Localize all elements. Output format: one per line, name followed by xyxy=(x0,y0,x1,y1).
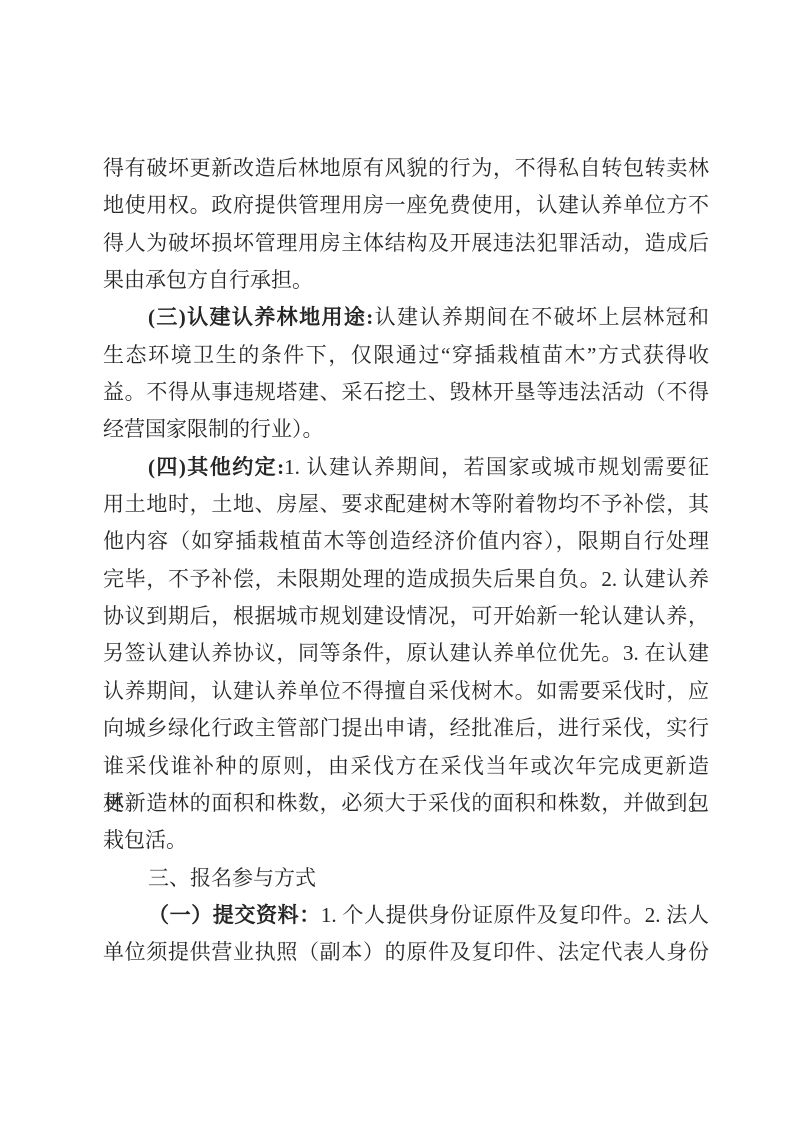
text-line: 栽包活。 xyxy=(103,822,709,859)
text-line: (四)其他约定:1. 认建认养期间，若国家或城市规划需要征 xyxy=(103,449,709,486)
text-run: 用土地时，土地、房屋、要求配建树木等附着物均不予补偿，其 xyxy=(103,492,709,516)
text-run: 认养期间，认建认养单位不得擅自采伐树木。如需要采伐时，应 xyxy=(103,679,709,703)
text-run: 他内容（如穿插栽植苗木等创造经济价值内容），限期自行处理 xyxy=(103,529,709,553)
text-line: (三)认建认养林地用途:认建认养期间在不破坏上层林冠和 xyxy=(103,299,709,336)
text-line: （一）提交资料：1. 个人提供身份证原件及复印件。2. 法人 xyxy=(103,897,709,934)
text-run: 向城乡绿化行政主管部门提出申请，经批准后，进行采伐，实行 xyxy=(103,716,709,740)
text-line: 用土地时，土地、房屋、要求配建树木等附着物均不予补偿，其 xyxy=(103,486,709,523)
document-page: 得有破坏更新改造后林地原有风貌的行为，不得私自转包转卖林 地使用权。政府提供管理… xyxy=(0,0,793,1122)
text-run: 栽包活。 xyxy=(103,828,187,852)
section-heading-run: (三)认建认养林地用途: xyxy=(148,305,373,329)
text-run: 单位须提供营业执照（副本）的原件及复印件、法定代表人身份 xyxy=(103,940,709,964)
text-run: 生态环境卫生的条件下，仅限通过“穿插栽植苗木”方式获得收 xyxy=(103,343,709,367)
section-heading-run: （一）提交资料： xyxy=(148,903,321,927)
text-line: 益。不得从事违规塔建、采石挖土、毁林开垦等违法活动（不得 xyxy=(103,374,709,411)
text-line: 向城乡绿化行政主管部门提出申请，经批准后，进行采伐，实行 xyxy=(103,710,709,747)
section-heading-line: 三、报名参与方式 xyxy=(103,860,709,897)
text-run: 三、报名参与方式 xyxy=(148,866,316,890)
text-run: 认建认养期间在不破坏上层林冠和 xyxy=(373,305,709,329)
section-heading-run: (四)其他约定: xyxy=(148,455,284,479)
text-run: 果由承包方自行承担。 xyxy=(103,268,313,292)
text-line: 认养期间，认建认养单位不得擅自采伐树木。如需要采伐时，应 xyxy=(103,673,709,710)
text-run: 地使用权。政府提供管理用房一座免费使用，认建认养单位方不 xyxy=(103,193,709,217)
text-line: 果由承包方自行承担。 xyxy=(103,262,709,299)
text-run: 完毕，不予补偿，未限期处理的造成损失后果自负。2. 认建认养 xyxy=(103,567,709,591)
text-line: 得人为破坏损坏管理用房主体结构及开展违法犯罪活动，造成后 xyxy=(103,225,709,262)
text-run: 1. 个人提供身份证原件及复印件。2. 法人 xyxy=(321,903,709,927)
text-run: 经营国家限制的行业）。 xyxy=(103,417,324,441)
text-run: 1. 认建认养期间，若国家或城市规划需要征 xyxy=(284,455,709,479)
text-line: 另签认建认养协议，同等条件，原认建认养单位优先。3. 在认建 xyxy=(103,635,709,672)
text-block: 得有破坏更新改造后林地原有风貌的行为，不得私自转包转卖林 地使用权。政府提供管理… xyxy=(103,150,709,972)
text-run: 协议到期后，根据城市规划建设情况，可开始新一轮认建认养， xyxy=(103,604,709,628)
text-run: 另签认建认养协议，同等条件，原认建认养单位优先。3. 在认建 xyxy=(103,641,709,665)
text-line: 生态环境卫生的条件下，仅限通过“穿插栽植苗木”方式获得收 xyxy=(103,337,709,374)
text-line: 他内容（如穿插栽植苗木等创造经济价值内容），限期自行处理 xyxy=(103,523,709,560)
text-run: 得有破坏更新改造后林地原有风貌的行为，不得私自转包转卖林 xyxy=(103,156,709,180)
text-line: 得有破坏更新改造后林地原有风貌的行为，不得私自转包转卖林 xyxy=(103,150,709,187)
text-line: 单位须提供营业执照（副本）的原件及复印件、法定代表人身份 xyxy=(103,934,709,971)
text-line: 协议到期后，根据城市规划建设情况，可开始新一轮认建认养， xyxy=(103,598,709,635)
text-run: 益。不得从事违规塔建、采石挖土、毁林开垦等违法活动（不得 xyxy=(103,380,709,404)
text-line: 更新造林的面积和株数，必须大于采伐的面积和株数，并做到包 xyxy=(103,785,709,822)
text-line: 谁采伐谁补种的原则，由采伐方在采伐当年或次年完成更新造林。 xyxy=(103,748,709,785)
text-run: 更新造林的面积和株数，必须大于采伐的面积和株数，并做到包 xyxy=(103,791,709,815)
text-line: 完毕，不予补偿，未限期处理的造成损失后果自负。2. 认建认养 xyxy=(103,561,709,598)
text-line: 经营国家限制的行业）。 xyxy=(103,411,709,448)
text-run: 得人为破坏损坏管理用房主体结构及开展违法犯罪活动，造成后 xyxy=(103,231,709,255)
text-line: 地使用权。政府提供管理用房一座免费使用，认建认养单位方不 xyxy=(103,187,709,224)
